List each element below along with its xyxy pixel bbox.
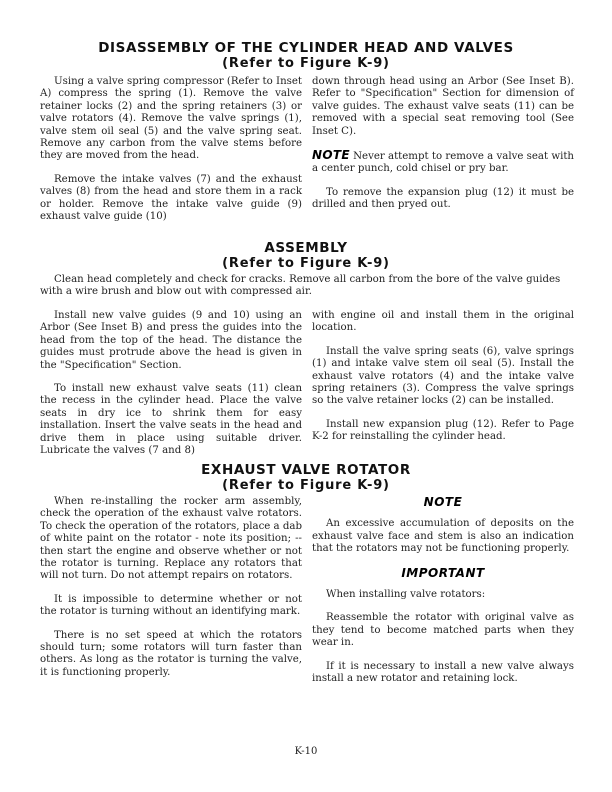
disassembly-subtitle: (Refer to Figure K-9) (0, 56, 612, 72)
paragraph: It is impossible to determine whether or… (40, 594, 302, 619)
paragraph: Install new expansion plug (12). Refer t… (312, 419, 574, 444)
paragraph: To remove the expansion plug (12) it mus… (312, 187, 574, 212)
paragraph: Reassemble the rotator with original val… (312, 612, 574, 649)
assembly-left-column: Install new valve guides (9 and 10) usin… (40, 310, 302, 468)
assembly-right-column: with engine oil and install them in the … (312, 310, 574, 455)
rotator-title: EXHAUST VALVE ROTATOR (0, 462, 612, 478)
paragraph: Using a valve spring compressor (Refer t… (40, 76, 302, 163)
rotator-left-column: When re-installing the rocker arm assemb… (40, 496, 302, 690)
rotator-heading: EXHAUST VALVE ROTATOR (Refer to Figure K… (0, 462, 612, 494)
paragraph: An excessive accumulation of deposits on… (312, 518, 574, 555)
assembly-intro: Clean head completely and check for crac… (40, 274, 575, 299)
note-text: Never attempt to remove a valve seat wit… (312, 151, 574, 174)
disassembly-heading: DISASSEMBLY OF THE CYLINDER HEAD AND VAL… (0, 40, 612, 72)
paragraph: Remove the intake valves (7) and the exh… (40, 174, 302, 224)
assembly-subtitle: (Refer to Figure K-9) (0, 256, 612, 272)
note-paragraph: NOTE Never attempt to remove a valve sea… (312, 149, 574, 176)
disassembly-title: DISASSEMBLY OF THE CYLINDER HEAD AND VAL… (0, 40, 612, 56)
manual-page: DISASSEMBLY OF THE CYLINDER HEAD AND VAL… (0, 0, 612, 792)
note-label: NOTE (312, 496, 574, 508)
paragraph: down through head using an Arbor (See In… (312, 76, 574, 138)
paragraph: with engine oil and install them in the … (312, 310, 574, 335)
paragraph: When installing valve rotators: (312, 589, 574, 601)
paragraph: Install the valve spring seats (6), valv… (312, 346, 574, 408)
paragraph: When re-installing the rocker arm assemb… (40, 496, 302, 583)
page-number: K-10 (0, 746, 612, 757)
paragraph: To install new exhaust valve seats (11) … (40, 383, 302, 457)
important-label: IMPORTANT (312, 567, 574, 579)
rotator-subtitle: (Refer to Figure K-9) (0, 478, 612, 494)
paragraph: Install new valve guides (9 and 10) usin… (40, 310, 302, 372)
assembly-heading: ASSEMBLY (Refer to Figure K-9) (0, 240, 612, 272)
disassembly-right-column: down through head using an Arbor (See In… (312, 76, 574, 223)
assembly-title: ASSEMBLY (0, 240, 612, 256)
note-label: NOTE (312, 148, 350, 162)
rotator-right-column: NOTE An excessive accumulation of deposi… (312, 496, 574, 696)
paragraph: Clean head completely and check for crac… (40, 274, 575, 299)
paragraph: There is no set speed at which the rotat… (40, 630, 302, 680)
disassembly-left-column: Using a valve spring compressor (Refer t… (40, 76, 302, 234)
paragraph: If it is necessary to install a new valv… (312, 661, 574, 686)
